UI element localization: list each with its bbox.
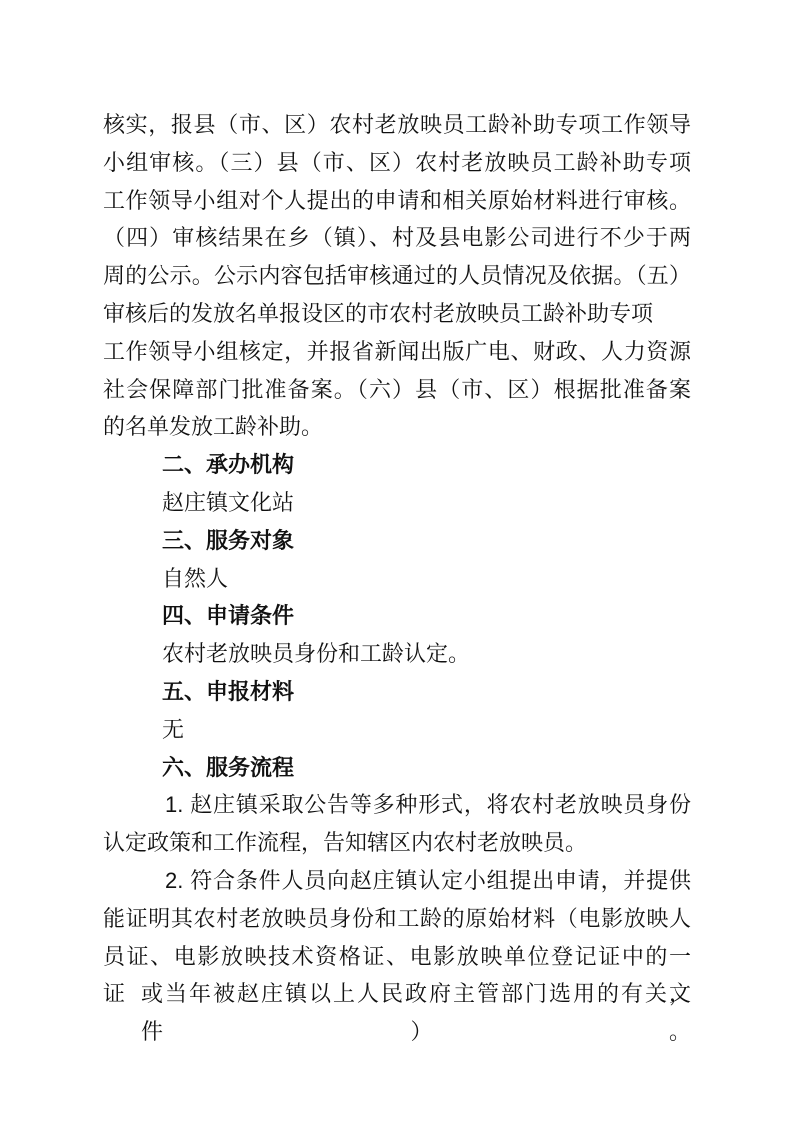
section-heading: 四、申请条件 bbox=[103, 597, 691, 635]
text-line: 社会保障部门批准备案。（六）县（市、区）根据批准备案 bbox=[103, 371, 691, 409]
document-body: 核实，报县（市、区）农村老放映员工龄补助专项工作领导小组审核。（三）县（市、区）… bbox=[103, 106, 691, 1013]
section-heading: 二、承办机构 bbox=[103, 446, 691, 484]
text-line: 或当年被赵庄镇以上人民政府主管部门选用的有关文件）。 bbox=[103, 975, 691, 1013]
text-line: 周的公示。公示内容包括审核通过的人员情况及依据。（五） bbox=[103, 257, 691, 295]
text-line: 2. 符合条件人员向赵庄镇认定小组提出申请，并提供 bbox=[103, 862, 691, 900]
text-line: （四）审核结果在乡（镇）、村及县电影公司进行不少于两 bbox=[103, 219, 691, 257]
text-line: 核实，报县（市、区）农村老放映员工龄补助专项工作领导 bbox=[103, 106, 691, 144]
text-line: 的名单发放工龄补助。 bbox=[103, 408, 691, 446]
document-page: 核实，报县（市、区）农村老放映员工龄补助专项工作领导小组审核。（三）县（市、区）… bbox=[0, 0, 793, 1122]
text-line: 赵庄镇文化站 bbox=[103, 484, 691, 522]
section-heading: 六、服务流程 bbox=[103, 749, 691, 787]
section-heading: 五、申报材料 bbox=[103, 673, 691, 711]
text-line: 能证明其农村老放映员身份和工龄的原始材料（电影放映人 bbox=[103, 900, 691, 938]
section-heading: 三、服务对象 bbox=[103, 522, 691, 560]
text-line: 无 bbox=[103, 711, 691, 749]
text-line: 工作领导小组核定，并报省新闻出版广电、财政、人力资源 bbox=[103, 333, 691, 371]
text-line: 自然人 bbox=[103, 560, 691, 598]
text-line: 农村老放映员身份和工龄认定。 bbox=[103, 635, 691, 673]
text-line: 员证、电影放映技术资格证、电影放映单位登记证中的一证， bbox=[103, 938, 691, 976]
text-line: 1. 赵庄镇采取公告等多种形式，将农村老放映员身份 bbox=[103, 786, 691, 824]
text-line: 审核后的发放名单报设区的市农村老放映员工龄补助专项 bbox=[103, 295, 691, 333]
text-line: 认定政策和工作流程，告知辖区内农村老放映员。 bbox=[103, 824, 691, 862]
text-line: 工作领导小组对个人提出的申请和相关原始材料进行审核。 bbox=[103, 182, 691, 220]
text-line: 小组审核。（三）县（市、区）农村老放映员工龄补助专项 bbox=[103, 144, 691, 182]
